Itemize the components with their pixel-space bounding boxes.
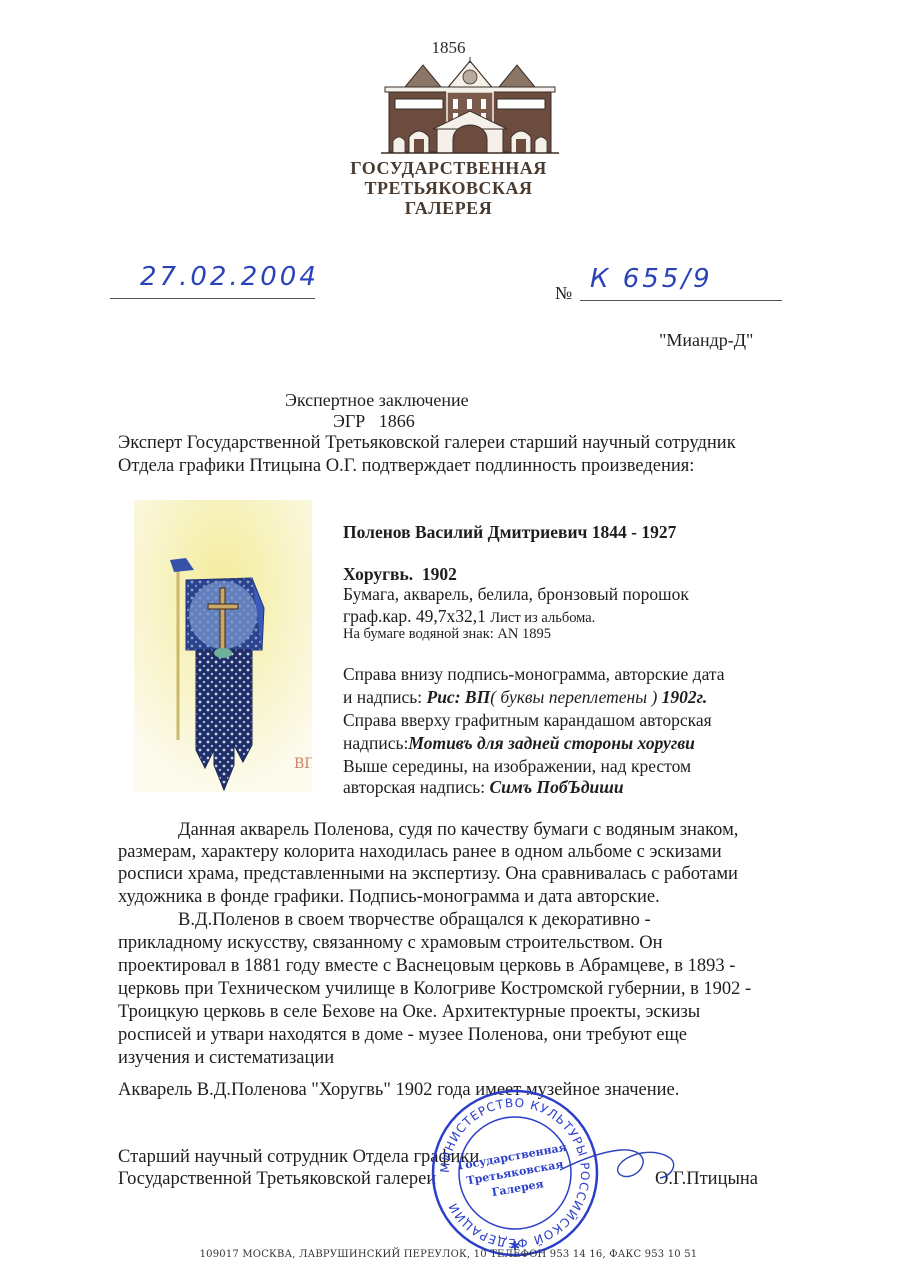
document-code: ЭГР 1866 xyxy=(333,411,415,432)
letterhead-year: 1856 xyxy=(0,38,897,58)
inscription-line: авторская надпись: Симъ ПобЪдиши xyxy=(343,777,624,798)
number-prefix: № xyxy=(555,283,572,304)
artwork-size: граф.кар. 49,7х32,1 xyxy=(343,606,486,626)
document-title: Экспертное заключение xyxy=(285,390,469,411)
inscription-line: и надпись: Рис: ВП( буквы переплетены ) … xyxy=(343,687,707,708)
artist-name: Поленов Василий Дмитриевич 1844 - 1927 xyxy=(343,522,676,543)
date-underline xyxy=(110,298,315,299)
inscription-note: ( буквы переплетены ) xyxy=(490,687,661,707)
official-stamp: МИНИСТЕРСТВО КУЛЬТУРЫ РОССИЙСКОЙ ФЕДЕРАЦ… xyxy=(425,1088,605,1258)
paragraph-line: В.Д.Поленов в своем творчестве обращался… xyxy=(178,910,651,931)
inscription-line: Справа внизу подпись-монограмма, авторск… xyxy=(343,664,725,685)
artwork-image: ВП xyxy=(134,500,312,792)
document-date: 27.02.2004 xyxy=(140,262,319,292)
recipient: "Миандр-Д" xyxy=(659,330,753,351)
artwork-size-note: Лист из альбома. xyxy=(490,610,595,626)
inscription-text: авторская надпись: xyxy=(343,777,489,797)
inscription-quote: Симъ ПобЪдиши xyxy=(489,777,623,797)
gallery-building-icon xyxy=(381,57,559,157)
paragraph-line: церковь при Техническом училище в Кологр… xyxy=(118,979,751,1000)
paragraph-line: размерам, характеру колорита находилась … xyxy=(118,842,722,863)
paragraph-line: проектировал в 1881 году вместе с Васнец… xyxy=(118,956,735,977)
intro-line: Отдела графики Птицына О.Г. подтверждает… xyxy=(118,456,694,477)
paragraph-line: Данная акварель Поленова, судя по качест… xyxy=(178,820,738,841)
artwork-title: Хоругвь. 1902 xyxy=(343,564,457,585)
letterhead-name-line-3: ГАЛЕРЕЯ xyxy=(0,198,897,219)
artwork-size-line: граф.кар. 49,7х32,1 Лист из альбома. xyxy=(343,606,595,627)
document-number: К 655/9 xyxy=(590,264,713,294)
artwork-watermark: На бумаге водяной знак: AN 1895 xyxy=(343,626,551,643)
inscription-quote: Мотивъ для задней стороны хоругви xyxy=(408,733,695,753)
letterhead-name-line-1: ГОСУДАРСТВЕННАЯ xyxy=(0,158,897,179)
number-underline xyxy=(580,300,782,301)
inscription-line: Выше середины, на изображении, над крест… xyxy=(343,756,691,777)
inscription-line: Справа вверху графитным карандашом автор… xyxy=(343,710,712,731)
inscription-line: надпись:Мотивъ для задней стороны хоругв… xyxy=(343,733,695,754)
inscription-text: надпись: xyxy=(343,733,408,753)
inscription-text: и надпись: xyxy=(343,687,427,707)
letterhead-name-line-2: ТРЕТЬЯКОВСКАЯ xyxy=(0,178,897,199)
paragraph-line: росписей и утвари находятся в доме - муз… xyxy=(118,1025,687,1046)
svg-text:ВП: ВП xyxy=(294,756,312,772)
paragraph-line: изучения и систематизации xyxy=(118,1048,334,1069)
intro-line: Эксперт Государственной Третьяковской га… xyxy=(118,433,736,454)
signatory-position: Государственной Третьяковской галереи xyxy=(118,1169,436,1190)
paragraph-line: росписи храма, представленными на экспер… xyxy=(118,864,738,885)
paragraph-line: художника в фонде графики. Подпись-моног… xyxy=(118,887,660,908)
footer-address: 109017 МОСКВА, ЛАВРУШИНСКИЙ ПЕРЕУЛОК, 10… xyxy=(0,1249,897,1260)
inscription-date: 1902г. xyxy=(662,687,708,707)
inscription-quote: Рис: ВП xyxy=(427,687,491,707)
paragraph-line: Троицкую церковь в селе Бехове на Оке. А… xyxy=(118,1002,700,1023)
artwork-medium: Бумага, акварель, белила, бронзовый поро… xyxy=(343,584,689,605)
paragraph-line: прикладному искусству, связанному с храм… xyxy=(118,933,663,954)
